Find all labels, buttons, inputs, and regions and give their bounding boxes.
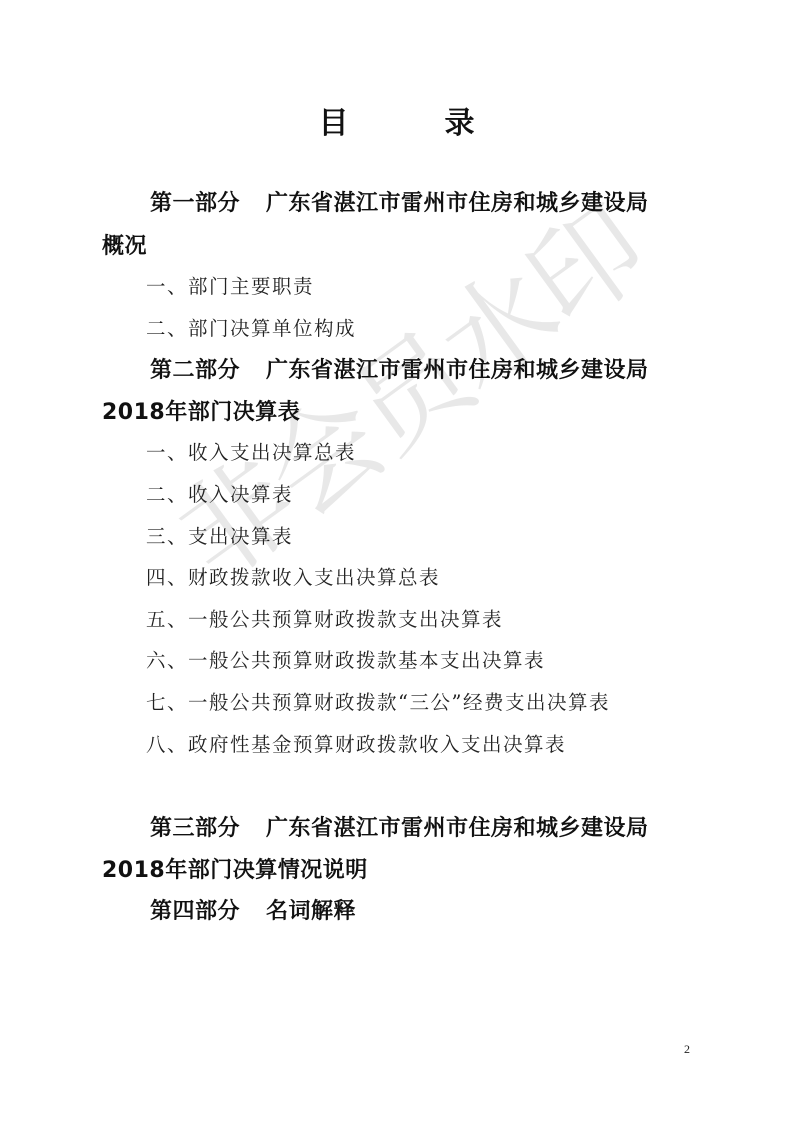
toc-item[interactable]: 二、收入决算表 xyxy=(146,479,293,507)
part-title: 广东省湛江市雷州市住房和城乡建设局 xyxy=(266,358,649,383)
toc-item[interactable]: 一、收入支出决算总表 xyxy=(146,437,356,465)
part-label: 第一部分 xyxy=(150,191,240,216)
title-char-2: 录 xyxy=(445,98,475,142)
part-label: 第四部分 xyxy=(150,899,240,924)
document-page: 非会员水印 目录 第一部分广东省湛江市雷州市住房和城乡建设局 概况 一、部门主要… xyxy=(0,0,793,1122)
toc-item[interactable]: 三、支出决算表 xyxy=(146,521,293,549)
page-number: 2 xyxy=(684,1042,690,1057)
page-title: 目录 xyxy=(0,98,793,142)
part-title: 广东省湛江市雷州市住房和城乡建设局 xyxy=(266,816,649,841)
part-title: 广东省湛江市雷州市住房和城乡建设局 xyxy=(266,191,649,216)
toc-part-1-heading-cont[interactable]: 概况 xyxy=(102,229,147,260)
toc-part-2-heading-cont[interactable]: 2018年部门决算表 xyxy=(102,395,300,426)
toc-part-3-heading[interactable]: 第三部分广东省湛江市雷州市住房和城乡建设局 xyxy=(150,811,649,842)
toc-item[interactable]: 二、部门决算单位构成 xyxy=(146,313,356,341)
toc-part-3-heading-cont[interactable]: 2018年部门决算情况说明 xyxy=(102,853,368,884)
toc-part-2-heading[interactable]: 第二部分广东省湛江市雷州市住房和城乡建设局 xyxy=(150,353,649,384)
toc-item[interactable]: 八、政府性基金预算财政拨款收入支出决算表 xyxy=(146,729,566,757)
toc-part-4-heading[interactable]: 第四部分名词解释 xyxy=(150,894,356,925)
toc-item[interactable]: 一、部门主要职责 xyxy=(146,271,314,299)
toc-item[interactable]: 四、财政拨款收入支出决算总表 xyxy=(146,562,440,590)
title-char-1: 目 xyxy=(319,98,349,142)
toc-item[interactable]: 六、一般公共预算财政拨款基本支出决算表 xyxy=(146,645,545,673)
part-label: 第三部分 xyxy=(150,816,240,841)
toc-item[interactable]: 五、一般公共预算财政拨款支出决算表 xyxy=(146,604,503,632)
toc-item[interactable]: 七、一般公共预算财政拨款“三公”经费支出决算表 xyxy=(146,687,610,715)
toc-part-1-heading[interactable]: 第一部分广东省湛江市雷州市住房和城乡建设局 xyxy=(150,186,649,217)
part-label: 第二部分 xyxy=(150,358,240,383)
part-title: 名词解释 xyxy=(266,899,356,924)
